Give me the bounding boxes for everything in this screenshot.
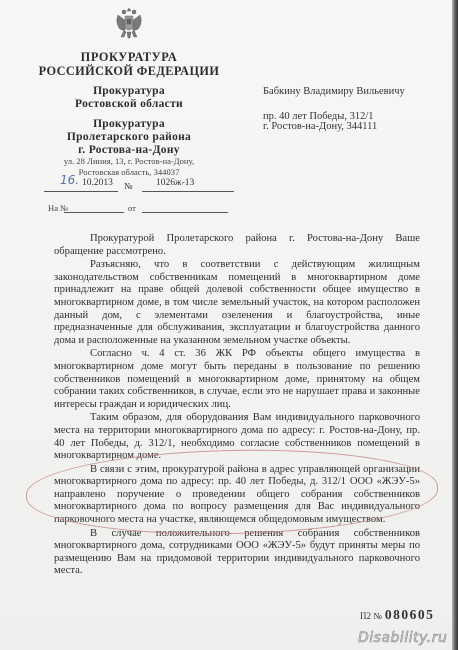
number-symbol: № <box>124 181 133 191</box>
region-line2: Ростовской области <box>20 98 238 111</box>
scan-edge-shadow <box>452 0 458 650</box>
watermark: Disability.ru <box>358 630 447 646</box>
number-underline <box>142 191 234 192</box>
letter-date: 10.2013 <box>82 178 113 188</box>
coat-of-arms-icon <box>114 6 144 40</box>
reply-reference-line: На № от <box>48 203 228 215</box>
org-title-line2: РОССИЙСКОЙ ФЕДЕРАЦИИ <box>20 64 238 78</box>
reply-number-blank <box>64 212 124 213</box>
org-title-line1: ПРОКУРАТУРА <box>20 50 238 64</box>
recipient-name: Бабкину Владимиру Вильевичу <box>263 86 405 97</box>
handwritten-day: 16. <box>60 173 79 187</box>
reply-from-label: от <box>128 203 136 213</box>
serial-number: 080605 <box>385 607 435 622</box>
paragraph: В случае положительного решения собрания… <box>54 528 420 578</box>
date-underline <box>44 191 118 192</box>
date-number-line: 16. 10.2013 № 1026ж-13 <box>44 176 234 192</box>
letter-page: ПРОКУРАТУРА РОССИЙСКОЙ ФЕДЕРАЦИИ Прокура… <box>0 0 452 650</box>
recipient-address-line2: г. Ростов-на-Дону, 344111 <box>263 121 377 132</box>
paragraph: Согласно ч. 4 ст. 36 ЖК РФ объекты общег… <box>54 348 420 411</box>
form-serial: П2 №080605 <box>360 607 434 623</box>
paragraph: Разъясняю, что в соответствии с действую… <box>54 259 420 347</box>
region-line1: Прокуратура <box>20 85 238 98</box>
sender-address-line1: ул. 28 Линия, 13, г. Ростов-на-Дону, <box>20 156 238 167</box>
serial-prefix: П2 № <box>360 611 382 621</box>
paragraph: Прокуратурой Пролетарского района г. Рос… <box>54 233 420 258</box>
district-line2: Пролетарского района <box>20 131 238 144</box>
reply-date-blank <box>142 212 228 213</box>
letter-number: 1026ж-13 <box>156 178 194 188</box>
district-line1: Прокуратура <box>20 118 238 131</box>
